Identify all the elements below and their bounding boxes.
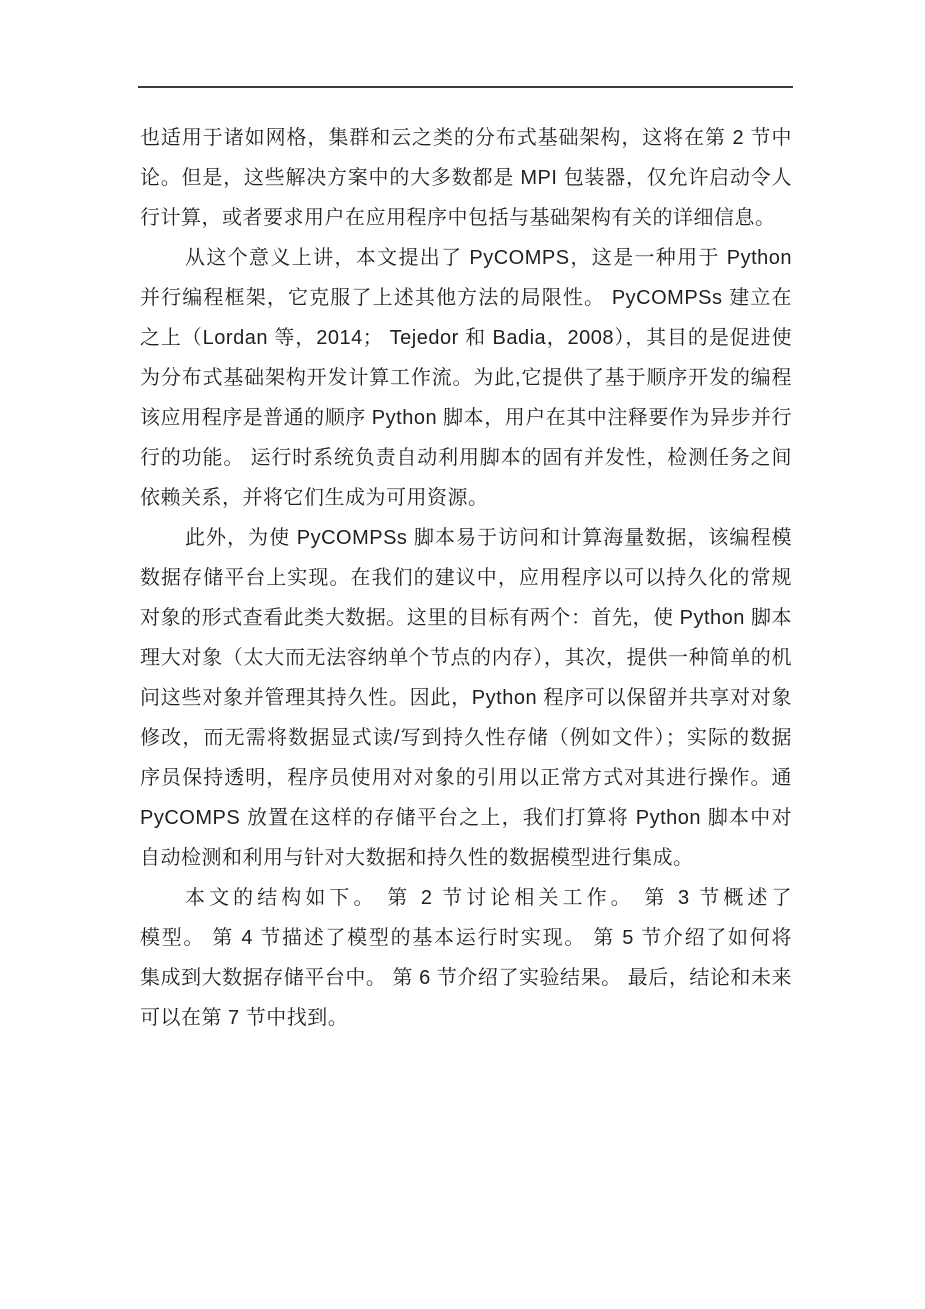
text-line: 序员保持透明，程序员使用对对象的引用以正常方式对其进行操作。通过将 bbox=[140, 758, 792, 798]
text-line: 本文的结构如下。 第 2 节讨论相关工作。 第 3 节概述了 PyCOMPSs … bbox=[140, 878, 792, 918]
paragraph: 从这个意义上讲，本文提出了 PyCOMPS，这是一种用于 Python 应用程序… bbox=[140, 238, 792, 518]
text-line: 问这些对象并管理其持久性。因此，Python 程序可以保留并共享对对象所做的 bbox=[140, 678, 792, 718]
text-line: 模型。 第 4 节描述了模型的基本运行时实现。 第 5 节介绍了如何将 PyCO… bbox=[140, 918, 792, 958]
document-page: 也适用于诸如网格，集群和云之类的分布式基础架构，这将在第 2 节中进行讨论。但是… bbox=[0, 0, 925, 1309]
text-line: 自动检测和利用与针对大数据和持久性的数据模型进行集成。 bbox=[140, 838, 792, 878]
text-line: 集成到大数据存储平台中。 第 6 节介绍了实验结果。 最后，结论和未来的工作 bbox=[140, 958, 792, 998]
text-line: 此外，为使 PyCOMPSs 脚本易于访问和计算海量数据，该编程模型已在大 bbox=[140, 518, 792, 558]
text-line: 论。但是，这些解决方案中的大多数都是 MPI 包装器，仅允许启动令人尴尬的并 bbox=[140, 158, 792, 198]
text-line: 理大对象（太大而无法容纳单个节点的内存），其次，提供一种简单的机制来访 bbox=[140, 638, 792, 678]
text-line: 为分布式基础架构开发计算工作流。为此,它提供了基于顺序开发的编程模型， bbox=[140, 358, 792, 398]
paragraph: 本文的结构如下。 第 2 节讨论相关工作。 第 3 节概述了 PyCOMPSs … bbox=[140, 878, 792, 1038]
text-line: 行计算，或者要求用户在应用程序中包括与基础架构有关的详细信息。 bbox=[140, 198, 792, 238]
text-line: 数据存储平台上实现。在我们的建议中，应用程序以可以持久化的常规 Python bbox=[140, 558, 792, 598]
text-line: 可以在第 7 节中找到。 bbox=[140, 998, 792, 1038]
text-line: 依赖关系，并将它们生成为可用资源。 bbox=[140, 478, 792, 518]
text-line: 也适用于诸如网格，集群和云之类的分布式基础架构，这将在第 2 节中进行讨 bbox=[140, 118, 792, 158]
text-line: 之上（Lordan 等，2014； Tejedor 和 Badia，2008），… bbox=[140, 318, 792, 358]
paragraph: 此外，为使 PyCOMPSs 脚本易于访问和计算海量数据，该编程模型已在大数据存… bbox=[140, 518, 792, 878]
paragraph: 也适用于诸如网格，集群和云之类的分布式基础架构，这将在第 2 节中进行讨论。但是… bbox=[140, 118, 792, 238]
text-line: 该应用程序是普通的顺序 Python 脚本，用户在其中注释要作为异步并行任务运 bbox=[140, 398, 792, 438]
header-separator-line bbox=[138, 86, 793, 88]
document-body: 也适用于诸如网格，集群和云之类的分布式基础架构，这将在第 2 节中进行讨论。但是… bbox=[140, 118, 792, 1038]
text-line: 并行编程框架，它克服了上述其他方法的局限性。 PyCOMPSs 建立在 COMP… bbox=[140, 278, 792, 318]
text-line: PyCOMPS 放置在这样的存储平台之上，我们打算将 Python 脚本中对并行… bbox=[140, 798, 792, 838]
text-line: 对象的形式查看此类大数据。这里的目标有两个：首先，使 Python 脚本能够处 bbox=[140, 598, 792, 638]
text-line: 修改，而无需将数据显式读/写到持久性存储（例如文件）；实际的数据访问对程 bbox=[140, 718, 792, 758]
text-line: 行的功能。 运行时系统负责自动利用脚本的固有并发性，检测任务之间的数据 bbox=[140, 438, 792, 478]
text-line: 从这个意义上讲，本文提出了 PyCOMPS，这是一种用于 Python 应用程序… bbox=[140, 238, 792, 278]
